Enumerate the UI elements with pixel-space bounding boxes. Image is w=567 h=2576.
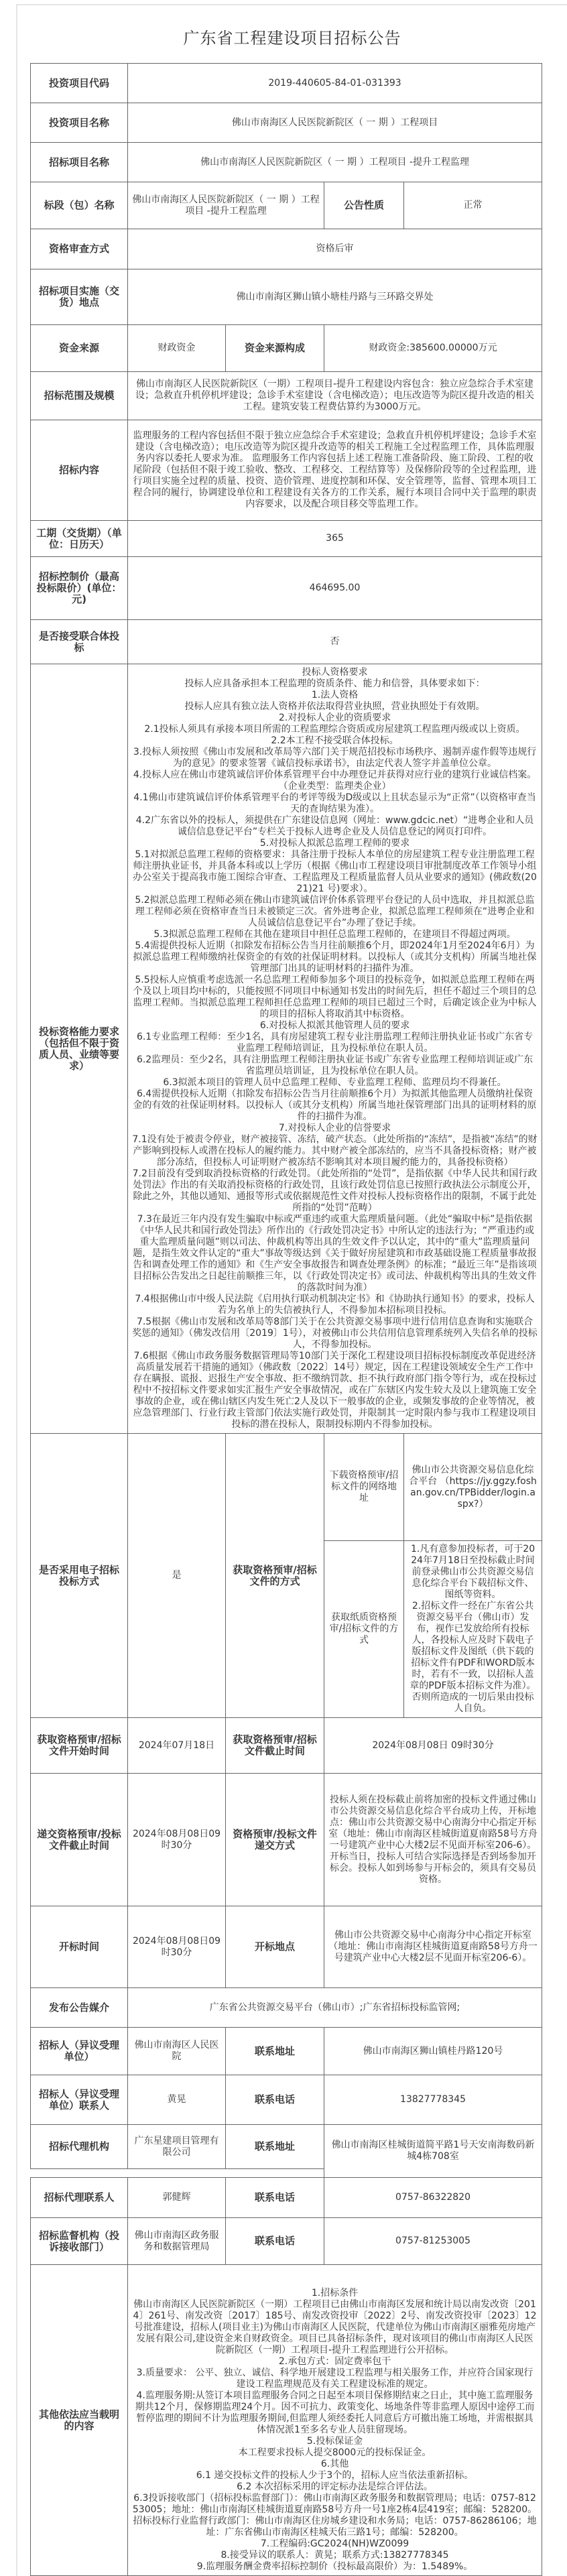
label: 递交资格预审/投标文件截止时间 xyxy=(31,1774,128,1906)
text-line: 投标人应具有独立法人资格并依法取得营业执照，营业执照处于有效期。 xyxy=(132,701,538,713)
text-line: 5.2拟派总监理工程师必须在佛山市建筑诚信评价体系管理平台登记的人员中选取，并且… xyxy=(132,895,538,929)
row-supervisor: 招标监督机构（投诉接收部门） 佛山市南海区政务服务和数据管理局 联系电话 075… xyxy=(31,2218,542,2265)
composition-label: 资金来源构成 xyxy=(226,325,324,372)
label: 资金来源 xyxy=(31,325,128,372)
label: 投资项目名称 xyxy=(31,103,128,143)
requirements-text: 投标人资格要求投标人应具备承担本工程监理的资质条件、能力和信誉，具体要求如下：1… xyxy=(128,664,542,1434)
value: 监理服务的工程内容包括但不限于独立应急综合手术室建设；急救直升机停机坪建设；急诊… xyxy=(128,420,542,521)
row-consortium: 是否接受联合体投标 否 xyxy=(31,620,542,664)
text-line: 4.1佛山市建筑诚信评价体系管理平台的考评等级为D级或以上且状态显示为“正常”（… xyxy=(132,792,538,815)
text-line: 6.1 递交投标文件的投标人少于3个的，招标人应当依法重新招标。 xyxy=(132,2470,538,2481)
text-line: 6.其他 xyxy=(132,2459,538,2470)
text-line: 9.监理服务酬金费率招标控制价（投标最高限价）为：1.5489%。 xyxy=(132,2561,538,2573)
label: 招标人（异议受理单位）联系人 xyxy=(31,2075,128,2125)
row-agency: 招标代理机构 广东星建项目管理有限公司 联系地址 佛山市南海区桂城街道简平路1号… xyxy=(31,2125,542,2169)
phone-value: 0757-86322820 xyxy=(324,2178,542,2218)
requirements-lines: 投标人资格要求投标人应具备承担本工程监理的资质条件、能力和信誉，具体要求如下：1… xyxy=(132,667,538,1430)
label: 开标时间 xyxy=(31,1906,128,1988)
text-line: 7.工程编码:GC2024(NH)WZ0099 xyxy=(132,2538,538,2550)
text-line: 5.对投标人拟派总监理工程师的要求 xyxy=(132,838,538,849)
value: 广东省公共资源交易平台（佛山市）;广东省招标投标监管网; xyxy=(128,1988,542,2028)
row-project-name: 投资项目名称 佛山市南海区人民医院新院区（ 一 期 ）工程项目 xyxy=(31,103,542,143)
row-opening: 开标时间 2024年08月08日09时30分 开标地点 佛山市公共资源交易中心南… xyxy=(31,1906,542,1988)
download-link[interactable]: 佛山市公共资源交易信息化综合平台 （https://jy.ggzy.foshan… xyxy=(404,1434,542,1541)
label: 标段（包）名称 xyxy=(31,182,128,229)
phone-label: 联系电话 xyxy=(226,2218,324,2265)
text-line: 5.4需提供投标人近期（扣除发布招标公告当月往前顺推6个月，即2024年1月至2… xyxy=(132,940,538,975)
value: 2024年08月08日09时30分 xyxy=(128,1906,226,1988)
row-media: 发布公告媒介 广东省公共资源交易平台（佛山市）;广东省招标投标监管网; xyxy=(31,1988,542,2028)
start-value: 2024年07月18日 xyxy=(128,1718,226,1774)
label: 招标内容 xyxy=(31,420,128,521)
text-line: 招标投标行业监督行政部门：佛山市南海区住房城乡建设和水务局；电话：0757-86… xyxy=(132,2516,538,2538)
composition-value: 财政资金:385600.00000万元 xyxy=(324,325,542,372)
value: 2024年08月08日09时30分 xyxy=(128,1774,226,1906)
text-line: 2.1投标人须具有承接本项目所需的工程监理综合资质或房屋建筑工程监理丙级或以上资… xyxy=(132,724,538,735)
other-text: 1.招标条件佛山市南海区人民医院新院区（一期）工程项目已由佛山市南海区发展和统计… xyxy=(128,2265,542,2576)
place-value: 佛山市公共资源交易中心南海分中心指定开标室（地址：佛山市南海区桂城街道夏南路58… xyxy=(324,1906,542,1988)
text-line: 5.1对拟派总监理工程师的资格要求：具备注册于投标人本单位的房屋建筑工程专业注册… xyxy=(132,849,538,895)
row-funding: 资金来源 财政资金 资金来源构成 财政资金:385600.00000万元 xyxy=(31,325,542,372)
paper-lines: 1.凡有意参加投标者，可于2024年7月18日至投标截止时间前登录佛山市公共资源… xyxy=(408,1544,538,1715)
end-value: 2024年08月08日 09时30分 xyxy=(324,1718,542,1774)
row-duration: 工期（交货期）（单位：日历天） 365 xyxy=(31,521,542,557)
value: 资格后审 xyxy=(128,229,542,269)
gap-cell xyxy=(31,2169,128,2178)
label: 招标控制价（最高投标限价）(单位：元) xyxy=(31,557,128,620)
text-line: 6.4需提供投标人近期（扣除发布招标公告当月往前顺推6个月）为拟派其他监理人员缴… xyxy=(132,1089,538,1123)
text-line: 2.对投标人企业的资质要求 xyxy=(132,713,538,724)
text-line: 1.招标条件 xyxy=(132,2288,538,2299)
text-line: 4.监理服务期:从签订本项目监理服务合同之日起至本项目保修期结束之日止，其中施工… xyxy=(132,2390,538,2436)
label: 投资项目代码 xyxy=(31,64,128,103)
text-line: 7.4根据佛山市中级人民法院《启用执行联动机制决定书》和《协助执行通知书》的要求… xyxy=(132,1294,538,1316)
text-line: 6.2监理员：至少2名，具有注册监理工程师注册执业证书或广东省专业监理工程师培训… xyxy=(132,1054,538,1077)
label: 招标人（异议受理单位） xyxy=(31,2028,128,2075)
text-line: 1.凡有意参加投标者，可于2024年7月18日至投标截止时间前登录佛山市公共资源… xyxy=(408,1544,538,1601)
text-line: 5.5投标人应慎重考虑选派一名总监理工程师参加多个项目的投标竞争，如拟派总监理工… xyxy=(132,975,538,1020)
method-value: 投标人须在投标截止前将加密的投标文件通过佛山市公共资源交易信息化综合平台成功上传… xyxy=(324,1774,542,1906)
row-other: 其他依法应当载明的内容 1.招标条件佛山市南海区人民医院新院区（一期）工程项目已… xyxy=(31,2265,542,2576)
download-label: 下载资格预审/招标文件的网络地址 xyxy=(324,1434,404,1541)
text-line: 投标人应具备承担本工程监理的资质条件、能力和信誉，具体要求如下： xyxy=(132,678,538,690)
addr-label: 联系地址 xyxy=(226,2125,324,2169)
row-tenderee: 招标人（异议受理单位） 佛山市南海区人民医院 联系地址 佛山市南海区狮山镇桂丹路… xyxy=(31,2028,542,2075)
addr-label: 联系地址 xyxy=(226,2028,324,2075)
row-project-code: 投资项目代码 2019-440605-84-01-031393 xyxy=(31,64,542,103)
row-submit: 递交资格预审/投标文件截止时间 2024年08月08日09时30分 资格预审/投… xyxy=(31,1774,542,1906)
row-doc-time: 获取资格预审/招标文件开始时间 2024年07月18日 获取资格预审/招标文件截… xyxy=(31,1718,542,1774)
label: 招标项目实施（交货）地点 xyxy=(31,269,128,325)
label: 是否采用电子招标投标方式 xyxy=(31,1434,128,1718)
text-line: 本工程要求投标人提交8000元的投标保证金。 xyxy=(132,2447,538,2459)
value: 否 xyxy=(128,620,542,664)
text-line: 5.3拟派总监理工程师在其他在建项目中担任总监理工程师的，在建项目不得超过两项。 xyxy=(132,929,538,940)
addr-value: 佛山市南海区桂城街道简平路1号天安南海数码新城4栋708室 xyxy=(324,2125,542,2178)
text-line: 7.3在最近三年内没有发生骗取中标或严重违约或重大监理质量问题。（此处“骗取中标… xyxy=(132,1214,538,1294)
row-electronic: 是否采用电子招标投标方式 是 获取资格预审/招标文件的方式 下载资格预审/招标文… xyxy=(31,1434,542,1541)
row-qualification-method: 资格审查方式 资格后审 xyxy=(31,229,542,269)
value: 财政资金 xyxy=(128,325,226,372)
text-line: 5.投标保证金 xyxy=(132,2436,538,2447)
label: 招标代理联系人 xyxy=(31,2178,128,2218)
label: 招标范围及规模 xyxy=(31,372,128,420)
phone-value: 13827778345 xyxy=(324,2075,542,2125)
label: 是否接受联合体投标 xyxy=(31,620,128,664)
place-label: 开标地点 xyxy=(226,1906,324,1988)
page-title: 广东省工程建设项目招标公告 xyxy=(17,5,567,58)
value: 佛山市南海区人民医院新院区（ 一 期 ）工程项目 -提升工程监理 xyxy=(128,143,542,182)
paper-label: 获取纸质资格预审/招标文件的方式 xyxy=(324,1541,404,1718)
text-line: 4.2广东省以外的投标人，须提供在广东建设信息网（网址：www.gdcic.ne… xyxy=(132,815,538,838)
text-line: 3.质量要求： 公平、独立、诚信、科学地开展建设工程监理与相关服务工作，并应符合… xyxy=(132,2368,538,2390)
label: 发布公告媒介 xyxy=(31,1988,128,2028)
text-line: 佛山市南海区人民医院新院区（一期）工程项目已由佛山市南海区发展和统计局以南发改资… xyxy=(132,2299,538,2356)
value: 佛山市南海区人民医院新院区（ 一 期 ）工程项目 -提升工程监理 xyxy=(128,182,324,229)
text-line: 投标人资格要求 xyxy=(132,667,538,678)
text-line: 7.对投标人企业的信誉要求 xyxy=(132,1123,538,1134)
text-line: 6.3拟派本项目的管理人员中总监理工程师、专业监理工程师、监理员均不得兼任。 xyxy=(132,1077,538,1089)
value: 广东星建项目管理有限公司 xyxy=(128,2125,226,2169)
text-line: 7.6根据《佛山市政务服务数据管理局等10部门关于深化工程建设项目招标投标制度改… xyxy=(132,1351,538,1430)
row-requirements: 投标资格能力要求（包括但不限于资质人员、业绩等要求） 投标人资格要求投标人应具备… xyxy=(31,664,542,1434)
value: 郭健辉 xyxy=(128,2178,226,2218)
text-line: 6.2 本次招标采用的评定标办法是综合评估法。 xyxy=(132,2481,538,2493)
value: 佛山市南海区人民医院新院区（ 一 期 ）工程项目 xyxy=(128,103,542,143)
value: 是 xyxy=(128,1434,226,1718)
label: 投标资格能力要求（包括但不限于资质人员、业绩等要求） xyxy=(31,664,128,1434)
label: 招标监督机构（投诉接收部门） xyxy=(31,2218,128,2265)
label: 招标代理机构 xyxy=(31,2125,128,2169)
method-label: 资格预审/投标文件递交方式 xyxy=(226,1774,324,1906)
row-content: 招标内容 监理服务的工程内容包括但不限于独立应急综合手术室建设；急救直升机停机坪… xyxy=(31,420,542,521)
text-line: 2.招标文件一经在广东省公共资源交易平台（佛山市）发布，视作已发放给所有投标人，… xyxy=(408,1601,538,1715)
end-label: 获取资格预审/招标文件截止时间 xyxy=(226,1718,324,1774)
text-line: 7.5根据《佛山市发展和改革局等8部门关于在公共资源交易事项中进行信用信息查询和… xyxy=(132,1316,538,1351)
text-line: 2.2本工程不接受联合体投标。 xyxy=(132,735,538,747)
text-line: 6.3投诉接收部门（招标投标监督部门）：佛山市南海区政务服务和数据管理局；电话：… xyxy=(132,2493,538,2516)
value: 佛山市南海区政务服务和数据管理局 xyxy=(128,2218,226,2265)
other-lines: 1.招标条件佛山市南海区人民医院新院区（一期）工程项目已由佛山市南海区发展和统计… xyxy=(132,2288,538,2573)
value: 2019-440605-84-01-031393 xyxy=(128,64,542,103)
text-line: 6.1专业监理工程师：至少1名，具有房屋建筑工程专业注册监理工程师注册执业证书或… xyxy=(132,1032,538,1054)
row-scope: 招标范围及规模 佛山市南海区人民医院新院区（一期）工程项目-提升工程建设内容包含… xyxy=(31,372,542,420)
nature-label: 公告性质 xyxy=(324,182,404,229)
text-line: 3.投标人须按照《佛山市发展和改革局等六部门关于规范招投标市场秩序、遏制弄虚作假… xyxy=(132,747,538,770)
gap-cell xyxy=(128,2169,226,2178)
gap-cell xyxy=(226,2169,324,2178)
value: 佛山市南海区狮山镇小塘桂丹路与三环路交界处 xyxy=(128,269,542,325)
phone-label: 联系电话 xyxy=(226,2075,324,2125)
notice-table: 投资项目代码 2019-440605-84-01-031393 投资项目名称 佛… xyxy=(30,63,542,2576)
phone-label: 联系电话 xyxy=(226,2178,324,2218)
notice-page: 广东省工程建设项目招标公告 投资项目代码 2019-440605-84-01-0… xyxy=(16,4,567,2576)
text-line: 6.对投标人拟派其他管理人员的要求 xyxy=(132,1020,538,1032)
start-label: 获取资格预审/招标文件开始时间 xyxy=(31,1718,128,1774)
row-location: 招标项目实施（交货）地点 佛山市南海区狮山镇小塘桂丹路与三环路交界处 xyxy=(31,269,542,325)
value: 黄晃 xyxy=(128,2075,226,2125)
phone-value: 0757-81253005 xyxy=(324,2218,542,2265)
value: 佛山市南海区人民医院 xyxy=(128,2028,226,2075)
paper-text: 1.凡有意参加投标者，可于2024年7月18日至投标截止时间前登录佛山市公共资源… xyxy=(404,1541,542,1718)
text-line: 1.法人资格 xyxy=(132,690,538,701)
text-line: 7.2目前没有受到取消投标资格的行政处罚。（此处所指的“处罚”，是指依据《中华人… xyxy=(132,1168,538,1214)
row-agency-contact: 招标代理联系人 郭健辉 联系电话 0757-86322820 xyxy=(31,2178,542,2218)
text-line: 4.投标人应在佛山市建筑诚信评价体系管理平台中办理登记并获得对应行业的建筑行业诚… xyxy=(132,770,538,792)
text-line: 7.1没有处于被责令停业，财产被接管、冻结，破产状态。（此处所指的“冻结”，是指… xyxy=(132,1134,538,1168)
label: 资格审查方式 xyxy=(31,229,128,269)
label: 招标项目名称 xyxy=(31,143,128,182)
label: 其他依法应当载明的内容 xyxy=(31,2265,128,2576)
text-line: 8.接受异议的联系人：黄晃；联系方式:13827778345 xyxy=(132,2550,538,2561)
row-control-price: 招标控制价（最高投标限价）(单位：元) 464695.00 xyxy=(31,557,542,620)
text-line: 2.承包方式：固定费率包干 xyxy=(132,2356,538,2368)
value: 464695.00 xyxy=(128,557,542,620)
row-tender-name: 招标项目名称 佛山市南海区人民医院新院区（ 一 期 ）工程项目 -提升工程监理 xyxy=(31,143,542,182)
value: 佛山市南海区人民医院新院区（一期）工程项目-提升工程建设内容包含：独立应急综合手… xyxy=(128,372,542,420)
addr-value: 佛山市南海区狮山镇桂丹路120号 xyxy=(324,2028,542,2075)
row-tenderee-contact: 招标人（异议受理单位）联系人 黄晃 联系电话 13827778345 xyxy=(31,2075,542,2125)
method-label: 获取资格预审/招标文件的方式 xyxy=(226,1434,324,1718)
value: 365 xyxy=(128,521,542,557)
label: 工期（交货期）（单位：日历天） xyxy=(31,521,128,557)
row-section: 标段（包）名称 佛山市南海区人民医院新院区（ 一 期 ）工程项目 -提升工程监理… xyxy=(31,182,542,229)
nature-value: 正常 xyxy=(404,182,542,229)
